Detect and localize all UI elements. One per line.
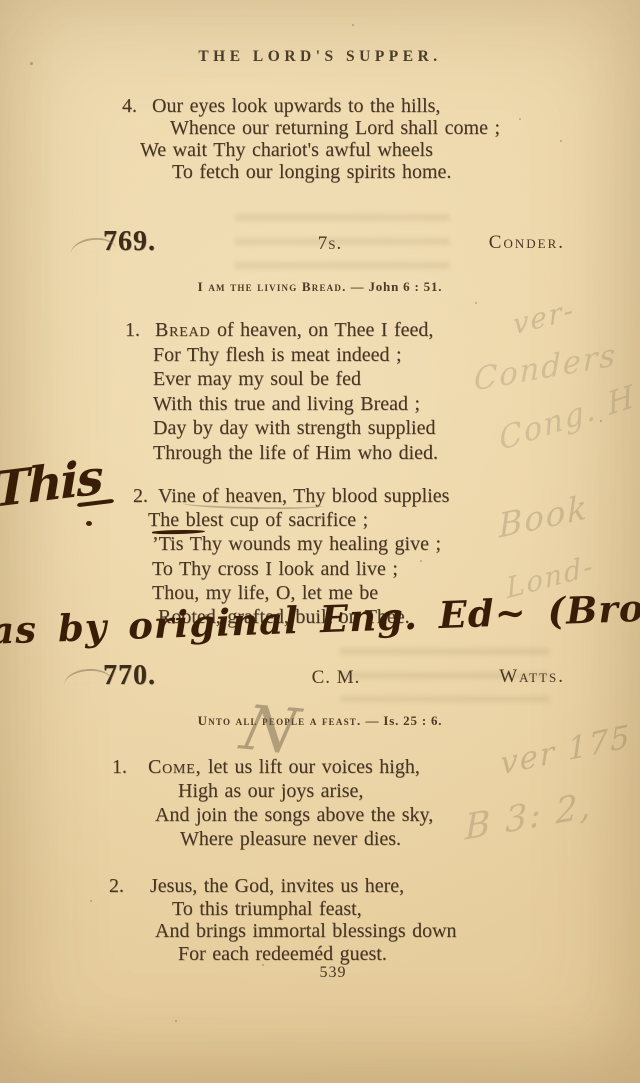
verse-line: To Thy cross I look and live ; <box>152 557 449 581</box>
hymn-769-scripture: I am the living Bread. — John 6 : 51. <box>0 279 640 295</box>
hymn-meter: C. M. <box>312 667 361 689</box>
scripture-reference: — Is. 25 : 6. <box>366 713 443 728</box>
verse-number: 4. <box>122 95 152 117</box>
verse-line: Day by day with strength supplied <box>153 416 438 441</box>
hymnal-page: THE LORD'S SUPPER. 769. 7s. Conder. I am… <box>0 0 640 1083</box>
ink-margin-word: This <box>0 449 102 518</box>
verse-line: 1.Bread of heaven, on Thee I feed, <box>125 318 438 343</box>
verse-number: 1. <box>112 755 148 779</box>
section-header: THE LORD'S SUPPER. <box>0 48 640 66</box>
verse-line: And brings immortal blessings down <box>155 920 457 943</box>
paper-speck <box>262 964 264 966</box>
scripture-text: I am the living Bread. <box>198 279 347 294</box>
pencil-margin-note: Book <box>498 487 589 546</box>
hymn-770-scripture: Unto all people a feast. — Is. 25 : 6. <box>0 713 640 729</box>
page-number: 539 <box>320 964 347 982</box>
hymn-verse: 2.Jesus, the God, invites us here,To thi… <box>109 875 457 965</box>
verse-number: 1. <box>125 318 155 343</box>
hymn-verse: 4.Our eyes look upwards to the hills,Whe… <box>122 95 500 183</box>
hymn-author: Conder. <box>489 232 565 254</box>
small-caps-lead-word: Come, <box>148 756 201 778</box>
hymn-verse: 1.Bread of heaven, on Thee I feed,For Th… <box>125 318 438 465</box>
verse-line: With this true and living Bread ; <box>153 392 438 417</box>
verse-line: For Thy flesh is meat indeed ; <box>153 343 438 368</box>
verse-line: We wait Thy chariot's awful wheels <box>140 139 500 161</box>
paper-speck <box>90 900 92 902</box>
hymn-meter: 7s. <box>318 233 342 255</box>
verse-line: ’Tis Thy wounds my healing give ; <box>152 532 449 556</box>
paper-speck <box>560 140 562 142</box>
paper-speck <box>475 302 477 304</box>
verse-line: Whence our returning Lord shall come ; <box>170 117 500 139</box>
paper-speck <box>420 560 422 562</box>
verse-line: 2.Jesus, the God, invites us here, <box>109 875 457 898</box>
verse-line: High as our joys arise, <box>178 779 433 803</box>
paper-speck <box>519 118 521 120</box>
verse-line: Through the life of Him who died. <box>153 441 438 466</box>
ink-dot <box>86 521 92 526</box>
small-caps-lead-word: Bread <box>155 319 210 341</box>
pencil-margin-note: B 3: 2, <box>465 786 592 849</box>
verse-line: For each redeeméd guest. <box>178 943 457 966</box>
verse-line: The blest cup of sacrifice ; <box>148 508 449 532</box>
verse-line: To fetch our longing spirits home. <box>172 161 500 183</box>
hymn-verse: 1.Come, let us lift our voices high,High… <box>112 755 433 851</box>
paper-speck <box>30 62 33 65</box>
pencil-margin-note: ver- <box>512 293 576 342</box>
paper-speck <box>175 1020 177 1022</box>
hymn-author: Watts. <box>499 666 565 688</box>
verse-line: Ever may my soul be fed <box>153 367 438 392</box>
verse-number: 2. <box>133 484 158 508</box>
paper-speck <box>352 24 354 26</box>
scripture-reference: — John 6 : 51. <box>351 279 443 294</box>
verse-line: Where pleasure never dies. <box>180 827 433 851</box>
verse-line: To this triumphal feast, <box>172 898 457 921</box>
verse-number: 2. <box>109 875 150 898</box>
verse-line: 4.Our eyes look upwards to the hills, <box>122 95 500 117</box>
verse-line: And join the songs above the sky, <box>155 803 433 827</box>
